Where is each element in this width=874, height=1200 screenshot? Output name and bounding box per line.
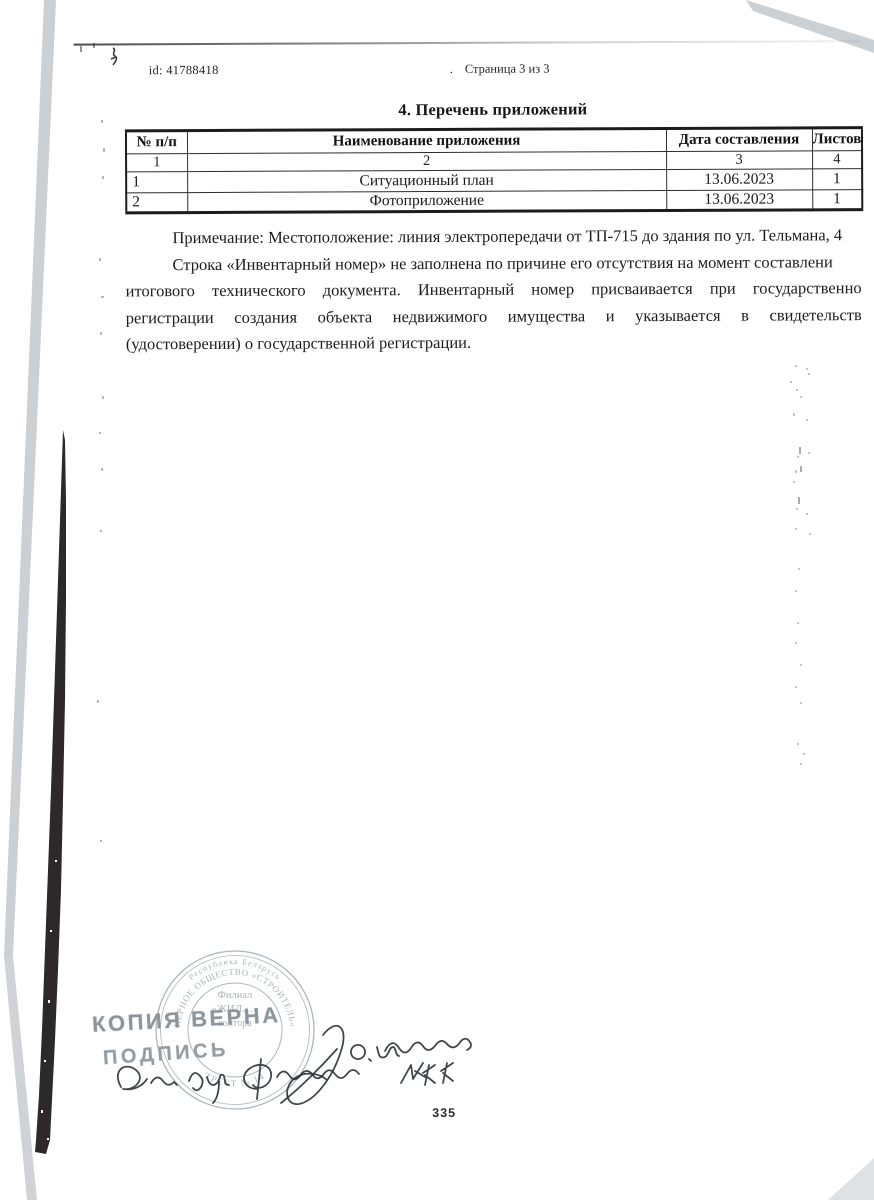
page-indicator: .Страница 3 из 3: [450, 62, 550, 77]
signature-flourish: [287, 1026, 343, 1104]
seal-center-line: Филиал: [218, 990, 253, 1001]
row-num: 2: [126, 193, 187, 213]
document-id-label: id: 41788418: [149, 63, 219, 78]
col-header-name: Наименование приложения: [187, 128, 666, 153]
note-line: (удостоверении) о государственной регист…: [126, 328, 862, 358]
col-number: 2: [187, 151, 666, 171]
signature-line2-initialism: [401, 1063, 453, 1085]
note-paragraph: Примечание: Местоположение: линия электр…: [125, 222, 862, 358]
row-date: 13.06.2023: [666, 190, 812, 211]
table-header-row: № п/п Наименование приложения Дата соста…: [126, 128, 862, 154]
top-rule-line: [74, 40, 860, 45]
signature-line2-word3: [244, 1059, 359, 1099]
note-line: Строка «Инвентарный номер» не заполнена …: [125, 249, 861, 279]
col-number: 4: [812, 151, 862, 169]
note-line: регистрации создания объекта недвижимого…: [126, 302, 862, 332]
col-number: 1: [126, 154, 187, 172]
scanned-document-page: id: 41788418 .Страница 3 из 3 4. Перечен…: [0, 0, 874, 1200]
signature-initials: [351, 1045, 399, 1061]
page-indicator-text: Страница 3 из 3: [465, 62, 550, 76]
note-line: итогового технического документа. Инвент…: [126, 275, 862, 305]
handwritten-signature: [85, 1015, 515, 1110]
signature-line2-word2: [189, 1073, 229, 1103]
section-title: 4. Перечень приложений: [125, 98, 861, 121]
signature-line2-word1: [118, 1067, 177, 1090]
row-name: Ситуационный план: [187, 169, 666, 192]
signature-surname-scribble: [385, 1039, 471, 1053]
row-sheets: 1: [812, 190, 862, 210]
col-header-num: № п/п: [126, 131, 187, 154]
row-date: 13.06.2023: [666, 169, 812, 191]
col-header-date: Дата составления: [666, 128, 812, 152]
col-header-sheets: Листов: [812, 128, 862, 151]
col-number: 3: [666, 151, 812, 170]
row-name: Фотоприложение: [187, 190, 666, 212]
stray-dot-mark: .: [450, 62, 453, 76]
appendix-table: № п/п Наименование приложения Дата соста…: [125, 126, 863, 214]
row-sheets: 1: [812, 169, 862, 190]
row-num: 1: [126, 172, 187, 193]
note-line: Примечание: Местоположение: линия электр…: [125, 222, 861, 252]
table-row: 2 Фотоприложение 13.06.2023 1: [126, 190, 862, 213]
